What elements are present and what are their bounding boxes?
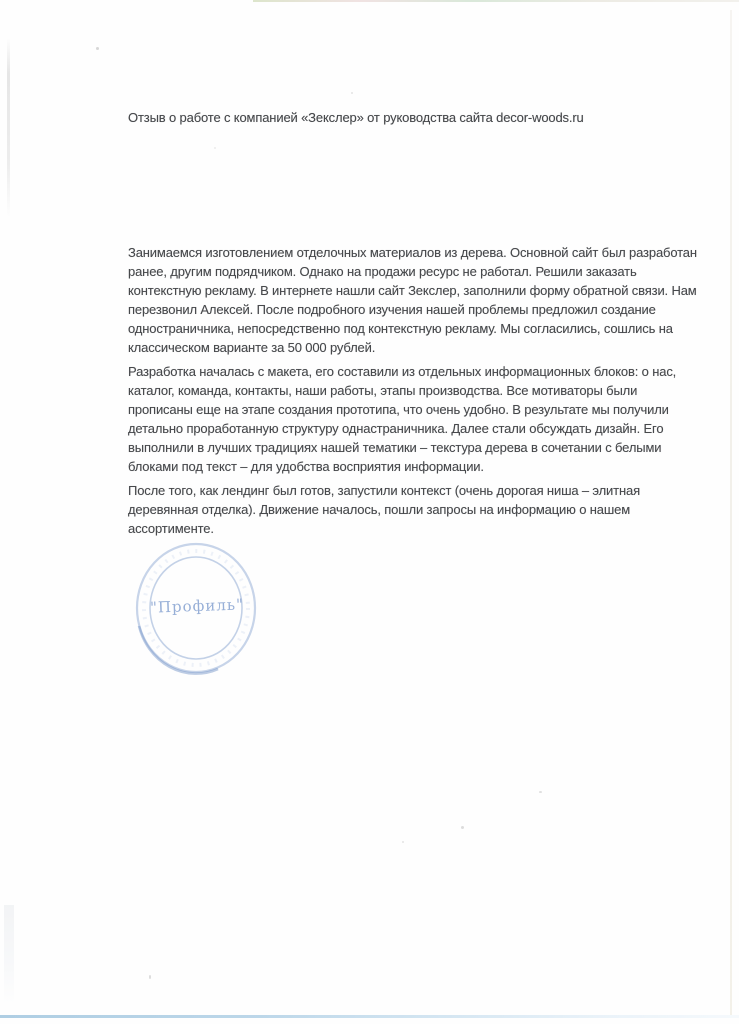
text-line: перезвонил Алексей. После подробного изу… (128, 300, 728, 319)
text-line: ранее, другим подрядчиком. Однако на про… (128, 262, 728, 281)
text-line: ассортименте. (128, 519, 728, 538)
scan-artifact-left-smudge (4, 905, 14, 1005)
text-line: каталог, команда, контакты, наши работы,… (128, 381, 728, 400)
text-line: одностраничника, непосредственно под кон… (128, 319, 728, 338)
scan-artifact-right-line (730, 10, 732, 1015)
text-line: детально проработанную структуру однастр… (128, 419, 728, 438)
scan-speck (149, 975, 151, 979)
paragraph-3: После того, как лендинг был готов, запус… (128, 481, 728, 538)
scan-artifact-top-line (253, 0, 739, 2)
scan-speck (461, 826, 464, 829)
text-line: классическом варианте за 50 000 рублей. (128, 338, 728, 357)
scan-artifact-bottom-line (0, 1015, 739, 1018)
text-line: прописаны еще на этапе создания прототип… (128, 400, 728, 419)
scan-artifact-left-line (7, 38, 10, 218)
document-body: Занимаемся изготовлением отделочных мате… (128, 243, 728, 543)
document-title: Отзыв о работе с компанией «Зекслер» от … (128, 110, 584, 125)
text-line: контекстную рекламу. В интернете нашли с… (128, 281, 728, 300)
text-line: Занимаемся изготовлением отделочных мате… (128, 243, 728, 262)
paragraph-1: Занимаемся изготовлением отделочных мате… (128, 243, 728, 357)
text-line: Разработка началась с макета, его состав… (128, 362, 728, 381)
scan-speck (96, 47, 99, 50)
text-line: выполнили в лучших традициях нашей темат… (128, 438, 728, 457)
text-line: блоками под текст – для удобства восприя… (128, 457, 728, 476)
scan-speck (351, 92, 353, 94)
scan-speck (214, 147, 216, 149)
scan-speck (402, 841, 404, 843)
paragraph-2: Разработка началась с макета, его состав… (128, 362, 728, 476)
text-line: После того, как лендинг был готов, запус… (128, 481, 728, 500)
scanned-document-page: Отзыв о работе с компанией «Зекслер» от … (0, 0, 739, 1024)
company-stamp: "Профиль" (133, 541, 261, 677)
scan-speck (539, 791, 542, 793)
text-line: деревянная отделка). Движение началось, … (128, 500, 728, 519)
